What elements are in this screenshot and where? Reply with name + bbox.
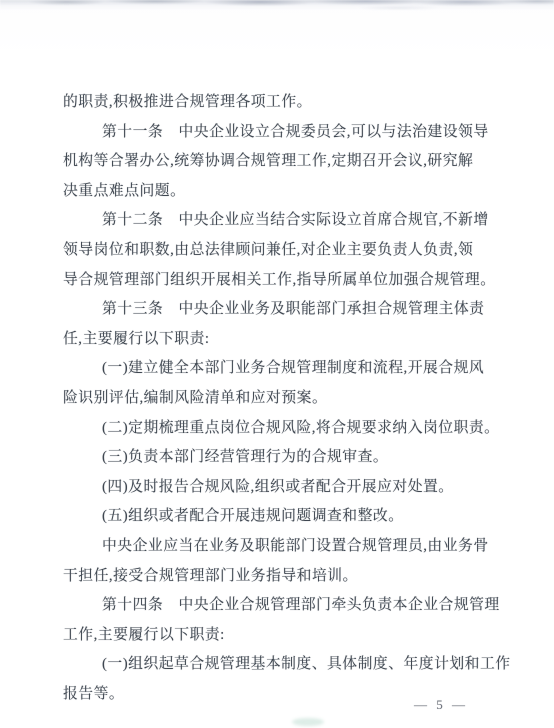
document-line: (一)组织起草合规管理基本制度、具体制度、年度计划和工作: [63, 650, 511, 680]
document-line: 第十四条 中央企业合规管理部门牵头负责本企业合规管理: [63, 591, 511, 621]
document-line: 险识别评估,编制风险清单和应对预案。: [63, 384, 511, 414]
scan-smudge-artifact: [292, 718, 324, 726]
document-line: (五)组织或者配合开展违规问题调查和整改。: [63, 502, 511, 532]
scan-edge-artifact: [0, 0, 554, 10]
document-line: 任,主要履行以下职责:: [63, 325, 511, 355]
document-line: 中央企业应当在业务及职能部门设置合规管理员,由业务骨: [63, 532, 511, 562]
document-line: (四)及时报告合规风险,组织或者配合开展应对处置。: [63, 473, 511, 503]
document-body: 的职责,积极推进合规管理各项工作。第十一条 中央企业设立合规委员会,可以与法治建…: [63, 88, 511, 709]
document-line: (一)建立健全本部门业务合规管理制度和流程,开展合规风: [63, 354, 511, 384]
document-line: 第十二条 中央企业应当结合实际设立首席合规官,不新增: [63, 206, 511, 236]
document-line: 决重点难点问题。: [63, 177, 511, 207]
document-line: 第十三条 中央企业业务及职能部门承担合规管理主体责: [63, 295, 511, 325]
document-line: 机构等合署办公,统筹协调合规管理工作,定期召开会议,研究解: [63, 147, 511, 177]
page-number: — 5 —: [414, 697, 468, 713]
document-line: (二)定期梳理重点岗位合规风险,将合规要求纳入岗位职责。: [63, 414, 511, 444]
document-line: (三)负责本部门经营管理行为的合规审查。: [63, 443, 511, 473]
document-line: 导合规管理部门组织开展相关工作,指导所属单位加强合规管理。: [63, 266, 511, 296]
document-line: 工作,主要履行以下职责:: [63, 621, 511, 651]
document-page: 的职责,积极推进合规管理各项工作。第十一条 中央企业设立合规委员会,可以与法治建…: [0, 0, 554, 728]
document-line: 领导岗位和职数,由总法律顾问兼任,对企业主要负责人负责,领: [63, 236, 511, 266]
document-line: 第十一条 中央企业设立合规委员会,可以与法治建设领导: [63, 118, 511, 148]
document-line: 干担任,接受合规管理部门业务指导和培训。: [63, 562, 511, 592]
document-line: 的职责,积极推进合规管理各项工作。: [63, 88, 511, 118]
